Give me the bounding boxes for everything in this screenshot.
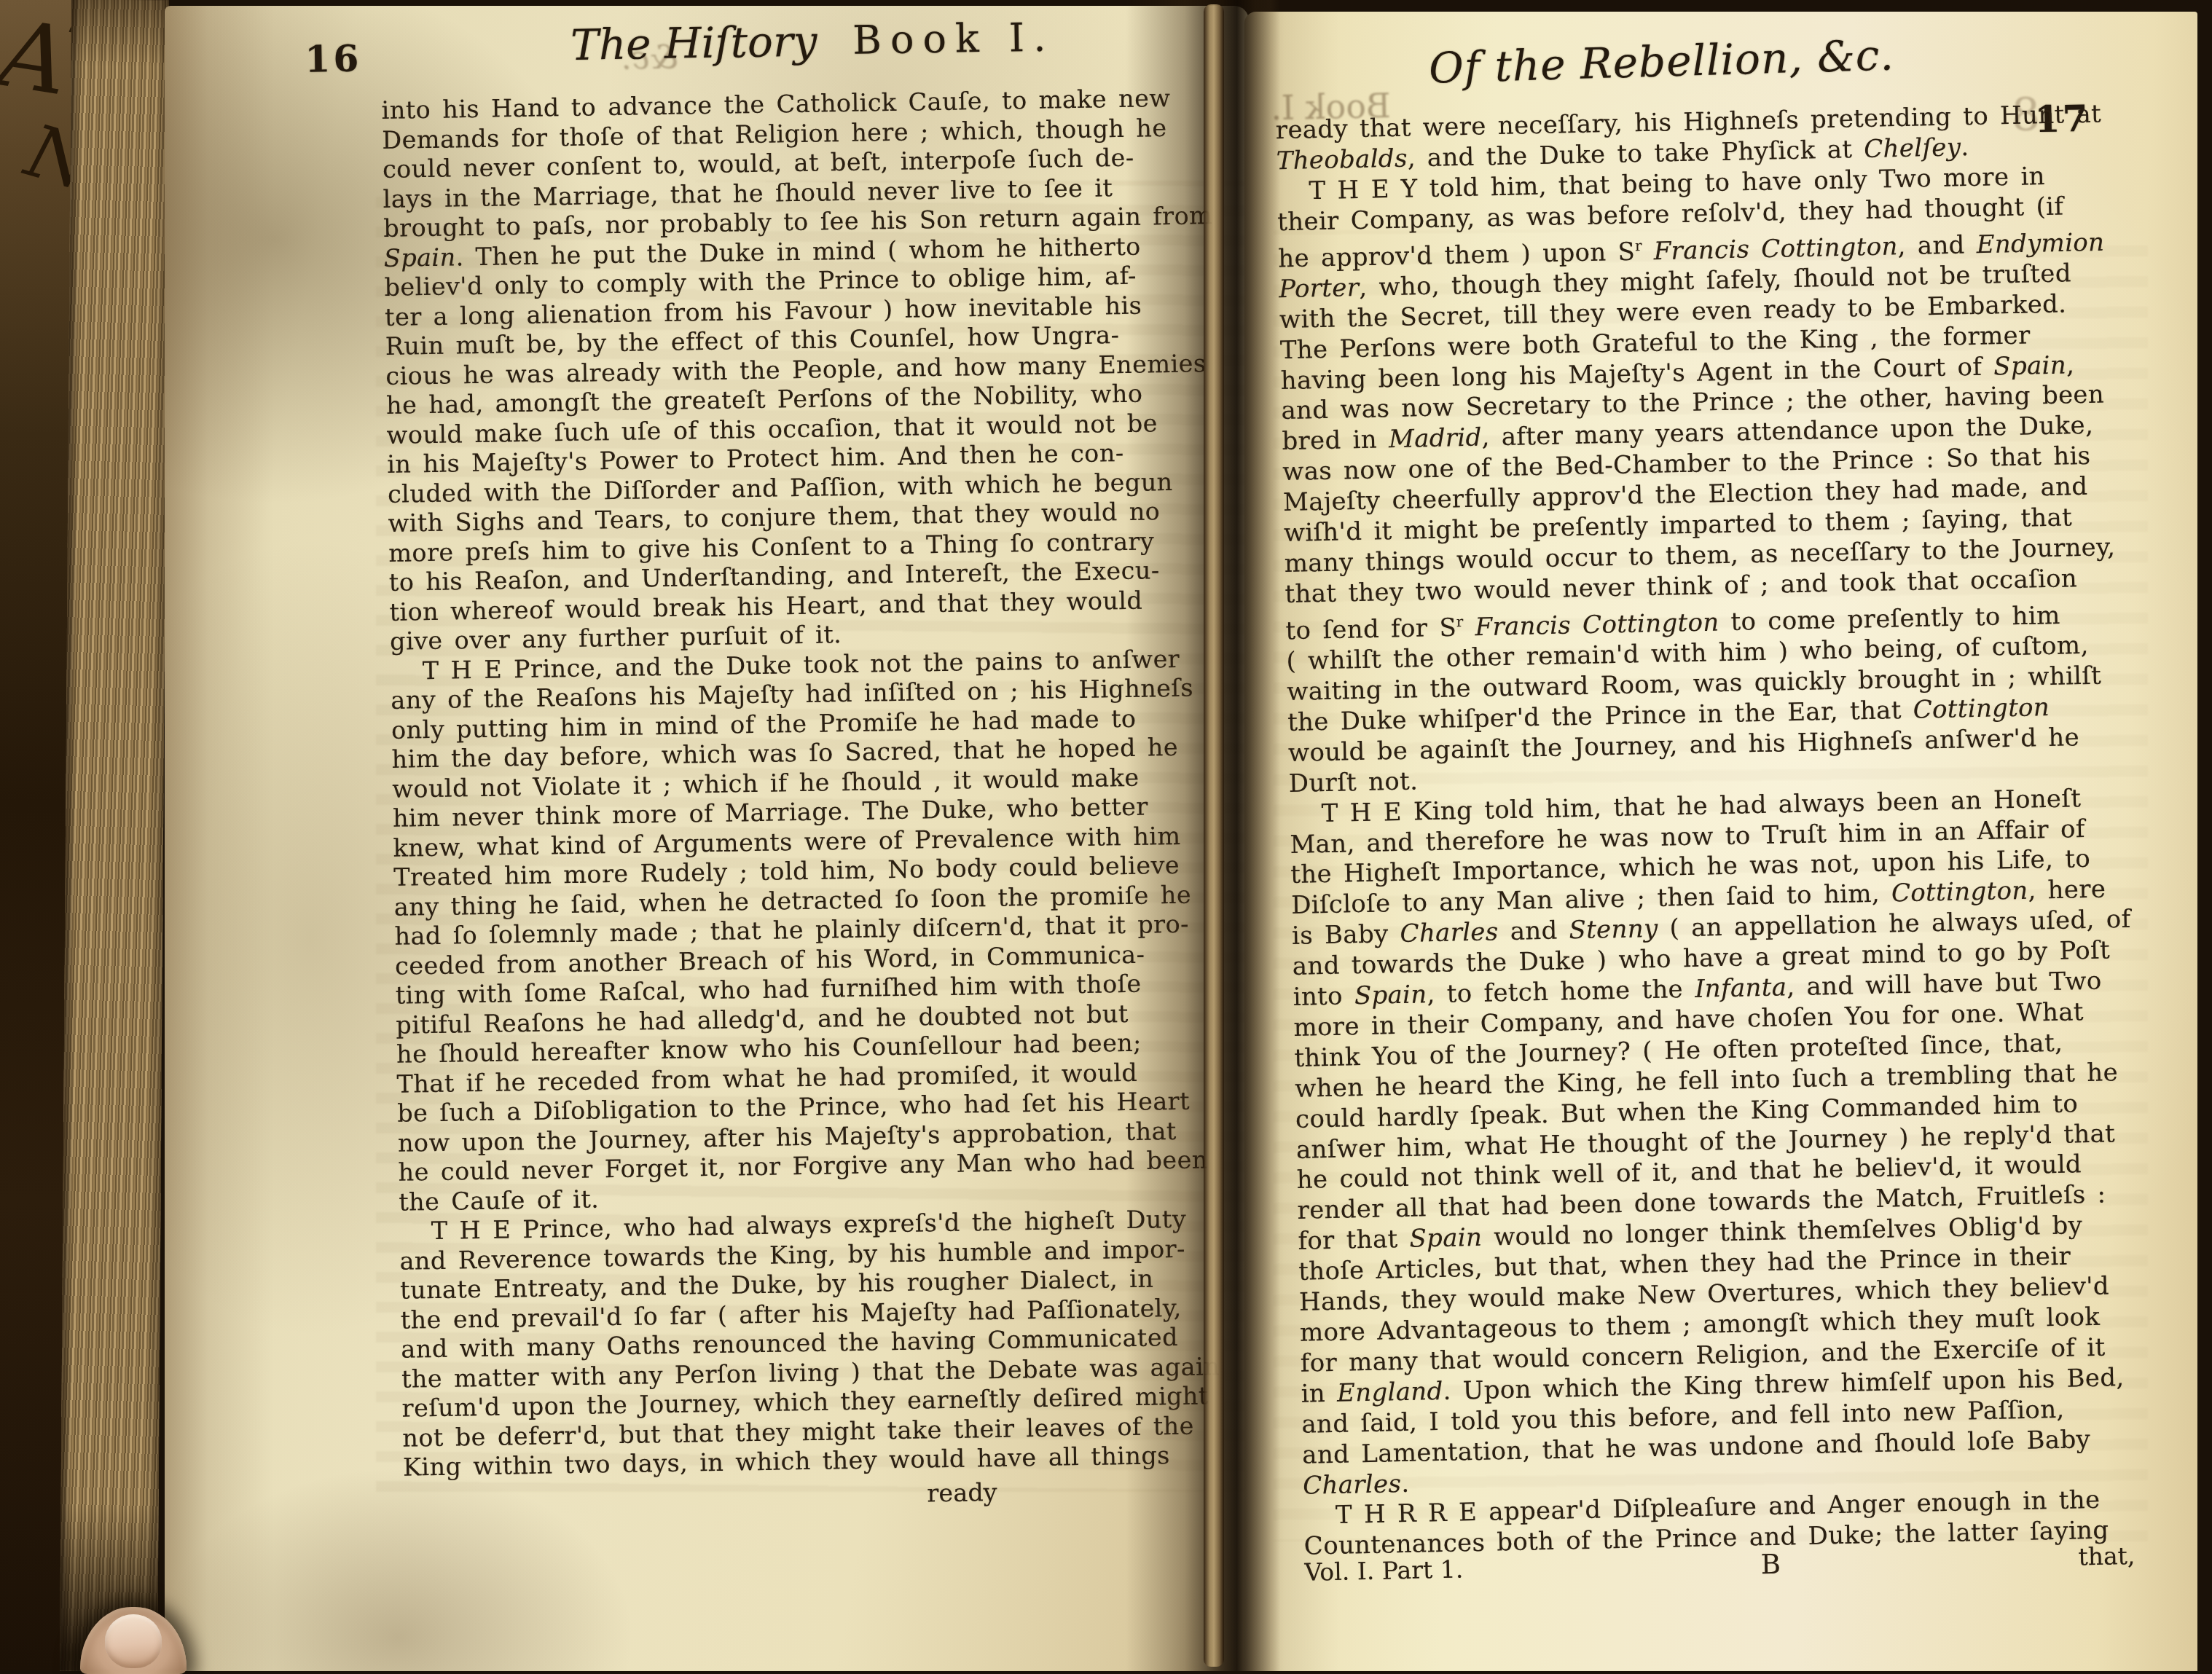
- signature-mark: B: [1760, 1549, 1781, 1581]
- right-running-title: Of the Rebellion, &c.: [1428, 30, 1894, 93]
- right-page-header: Book I. Of the Rebellion, &c. 8 17: [1274, 12, 2165, 114]
- book-photograph: AW N 16 &c. The Hiſtory Book I. into his…: [0, 0, 2212, 1671]
- volume-label: Vol. I. Part 1.: [1304, 1555, 1463, 1589]
- left-page: 16 &c. The Hiſtory Book I. into his Hand…: [165, 6, 1249, 1671]
- right-page: Book I. Of the Rebellion, &c. 8 17 ready…: [1244, 12, 2197, 1671]
- left-catchword: ready: [403, 1478, 997, 1516]
- right-catchword: that,: [2078, 1541, 2135, 1574]
- right-page-content: Book I. Of the Rebellion, &c. 8 17 ready…: [1274, 12, 2165, 114]
- left-page-text: into his Hand to advance the Catholick C…: [381, 82, 1249, 1482]
- left-page-content: 16 &c. The Hiſtory Book I. into his Hand…: [380, 18, 1249, 102]
- left-page-number: 16: [305, 36, 362, 80]
- left-running-title: The Hiſtory: [504, 15, 884, 71]
- gutter-page-fold: [1204, 4, 1224, 1667]
- thumb-nail: [105, 1614, 162, 1668]
- right-page-text: ready that were neceſſary, his Highneſs …: [1275, 99, 2160, 1563]
- left-book-label: Book I.: [852, 14, 1055, 63]
- page-edges-texture: [60, 0, 169, 1671]
